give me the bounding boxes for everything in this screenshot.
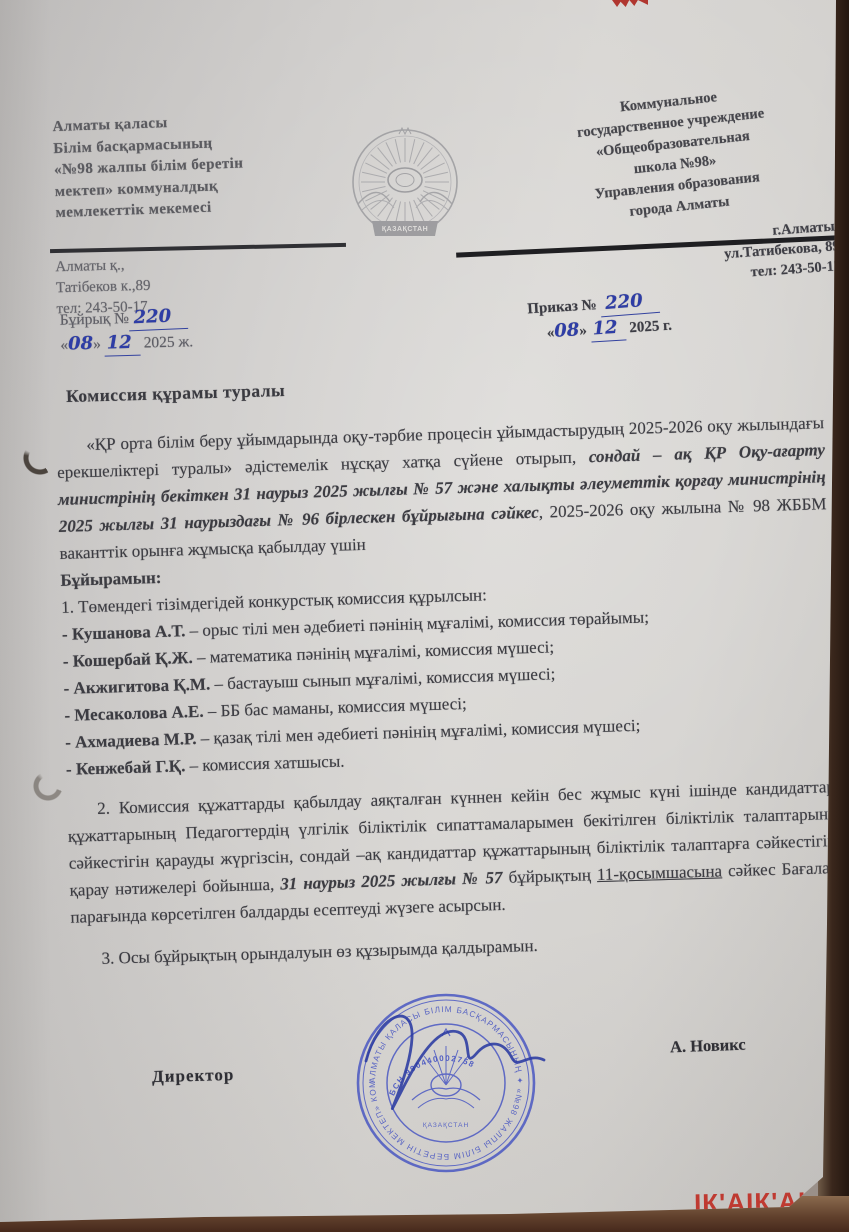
stamp-center-label: ҚАЗАҚСТАН: [423, 1122, 469, 1129]
order-day-handwritten: 08: [554, 319, 580, 341]
stamp-ring-text: АЛМАТЫ ҚАЛАСЫ БІЛІМ БАСҚАРМАСЫНЫҢ ✦ «№98…: [326, 986, 525, 1162]
punch-hole: [22, 440, 58, 476]
member-name: - Кушанова А.Т.: [62, 621, 186, 644]
quote-mark: »: [93, 336, 101, 353]
paper-sheet: Алматы қаласы Білім басқармасының «№98 ж…: [0, 0, 849, 1232]
member-name: - Кенжебай Г.Қ.: [66, 756, 186, 779]
director-name: А. Новикс: [670, 1035, 746, 1058]
order-month-handwritten: 12: [590, 315, 627, 342]
order-year-kazakh: 2025 ж.: [143, 333, 193, 351]
paragraph-2: 2. Комиссия құжаттарды қабылдау аяқталға…: [67, 773, 839, 931]
member-name: - Акжигитова Қ.М.: [63, 675, 210, 698]
member-role: – ББ бас маманы, комиссия мүшесі;: [203, 694, 467, 721]
order-number-kazakh: Бұйрық №220 «08» 12 2025 ж.: [59, 304, 193, 357]
member-role: – комиссия хатшысы.: [185, 752, 345, 776]
document-body: «ҚР орта білім беру ұйымдарында оқу-тәрб…: [56, 409, 840, 973]
punch-hole: [32, 770, 64, 802]
order-label-russian: Приказ №: [527, 297, 601, 317]
official-stamp: АЛМАТЫ ҚАЛАСЫ БІЛІМ БАСҚАРМАСЫНЫҢ ✦ «№98…: [326, 986, 566, 1186]
paragraph-2-text: бұйрықтың: [502, 865, 597, 887]
document-photo: Алматы қаласы Білім басқармасының «№98 ж…: [0, 0, 849, 1232]
order-year-russian: 2025 г.: [629, 318, 673, 337]
order-label-kazakh: Бұйрық №: [59, 310, 129, 329]
address-kazakh-line: Татібеков к.,89: [56, 276, 151, 299]
order-number-russian: Приказ № 220 «08» 12 2025 г.: [527, 288, 673, 347]
order-day-handwritten: 08: [68, 333, 94, 355]
kazakhstan-emblem-icon: ҚАЗАҚСТАН: [332, 124, 478, 246]
paragraph-2-underlined: 11-қосымшасына: [597, 861, 723, 884]
member-name: - Ахмадиева М.Р.: [65, 729, 197, 752]
paragraph-2-emphasis: 31 наурыз 2025 жылғы № 57: [280, 868, 503, 894]
member-name: - Кошербай Қ.Ж.: [63, 648, 193, 671]
order-number-handwritten: 220: [599, 288, 659, 318]
address-kazakh-line: Алматы қ.,: [55, 255, 150, 278]
org-name-kazakh: Алматы қаласы Білім басқармасының «№98 ж…: [52, 107, 348, 225]
paragraph-1: «ҚР орта білім беру ұйымдарында оқу-тәрб…: [56, 409, 828, 567]
order-month-handwritten: 12: [104, 331, 140, 357]
svg-text:АЛМАТЫ ҚАЛАСЫ БІЛІМ БАСҚАРМАСЫ: АЛМАТЫ ҚАЛАСЫ БІЛІМ БАСҚАРМАСЫНЫҢ ✦ «№98…: [326, 986, 525, 1162]
order-number-handwritten: 220: [128, 304, 188, 332]
quote-mark: »: [579, 323, 587, 339]
director-label: Директор: [152, 1065, 235, 1087]
emblem-banner-label: ҚАЗАҚСТАН: [382, 226, 428, 233]
member-name: - Месаколова А.Е.: [64, 702, 204, 725]
